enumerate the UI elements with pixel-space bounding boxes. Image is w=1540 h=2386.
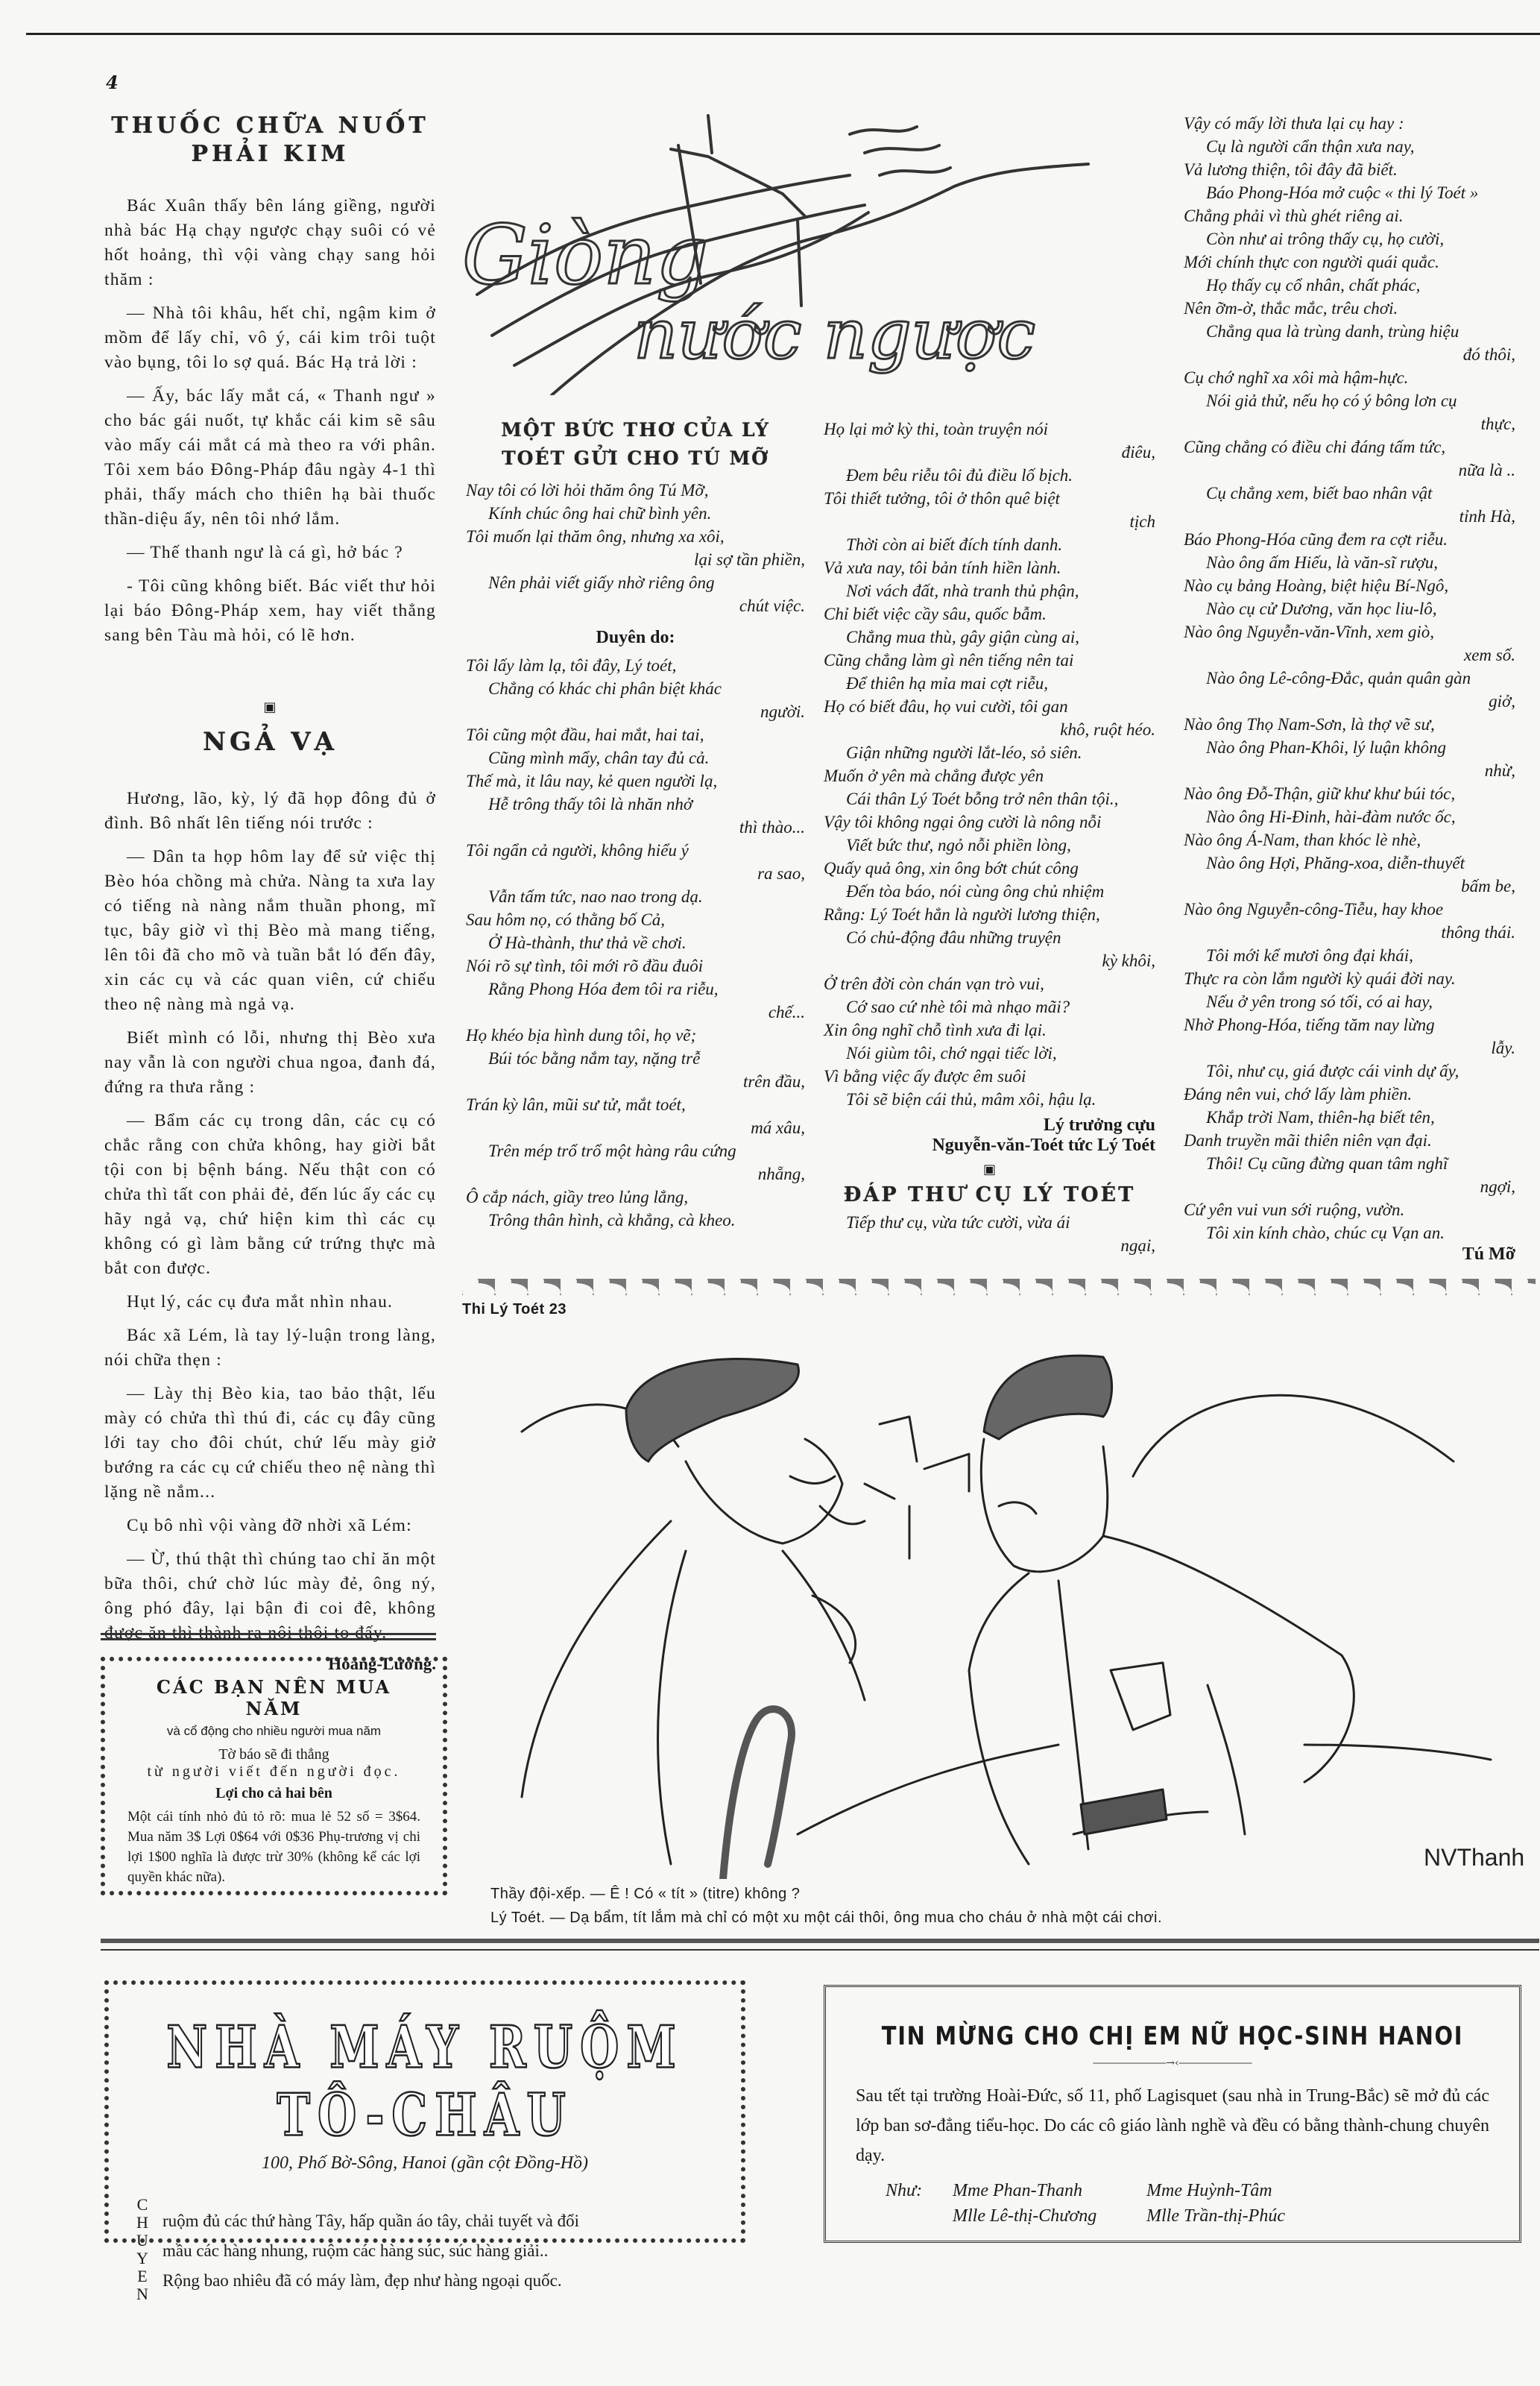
verse-line: Nào ông Nguyễn-công-Tiễu, hay khoe <box>1184 898 1515 921</box>
reply-title: ĐÁP THƯ CỤ LÝ TOÉT <box>824 1183 1155 1206</box>
verse-line: Nhờ Phong-Hóa, tiếng tăm nay lừng <box>1184 1013 1515 1036</box>
verse-line: Xin ông nghĩ chỗ tình xưa đi lại. <box>824 1019 1155 1042</box>
verse-line: điêu, <box>824 441 1155 464</box>
ad-line: Rộng bao nhiêu đã có máy làm, đẹp như hà… <box>162 2266 579 2296</box>
article-title: THUỐC CHỮA NUỐT PHẢI KIM <box>104 112 436 169</box>
page-number: 4 <box>106 72 119 93</box>
verse-line: ngợi, <box>1184 1175 1515 1198</box>
title-line-2: PHẢI KIM <box>104 140 436 169</box>
verse-line: Quấy quả ông, xin ông bớt chút công <box>824 857 1155 880</box>
verse-line: Trán kỳ lân, mũi sư tử, mắt toét, <box>466 1093 805 1116</box>
verse-line: Trông thân hình, cà khẳng, cà kheo. <box>466 1209 805 1232</box>
ad-body: CHUYEN ruộm đủ các thứ hàng Tây, hấp quầ… <box>131 2196 696 2303</box>
verse-line: lại sợ tần phiền, <box>466 548 805 571</box>
verse-line: Có chủ-động đâu những truyện <box>824 926 1155 949</box>
verse-line: nhừ, <box>1184 759 1515 782</box>
verse-line: thông thái. <box>1184 921 1515 944</box>
title-line-1: MỘT BỨC THƠ CỦA LÝ <box>466 416 805 444</box>
verse-line: Nói giùm tôi, chớ ngại tiếc lời, <box>824 1042 1155 1065</box>
letter-intro-verses: Nay tôi có lời hỏi thăm ông Tú Mỡ,Kính c… <box>466 479 805 617</box>
artist-signature: NVThanh <box>1424 1844 1524 1871</box>
wavy-divider <box>462 1279 1536 1295</box>
verse-line: Đáng nên vui, chớ lấy làm phiền. <box>1184 1083 1515 1106</box>
verse-line: Tôi, như cụ, giá được cái vinh dự ấy, <box>1184 1060 1515 1083</box>
verse-line: Nay tôi có lời hỏi thăm ông Tú Mỡ, <box>466 479 805 502</box>
verse-line: Để thiên hạ mỉa mai cợt riễu, <box>824 672 1155 695</box>
verse-line: Cái thân Lý Toét bỗng trở nên thân tội., <box>824 787 1155 810</box>
banner-word-1: Giòng <box>462 207 709 303</box>
section-ornament: ▣ <box>824 1162 1155 1177</box>
verse-line: Họ thấy cụ cổ nhân, chất phác, <box>1184 274 1515 297</box>
letter-verses-col1: Tôi lấy làm lạ, tôi đây, Lý toét,Chẳng c… <box>466 654 805 1232</box>
article-body: Bác Xuân thấy bên láng giềng, người nhà … <box>104 194 436 648</box>
teachers-label: Như: <box>886 2178 953 2203</box>
paragraph: — Ấy, bác lấy mắt cá, « Thanh ngư » cho … <box>104 384 436 532</box>
verse-line: Vả xưa nay, tôi bản tính hiền lành. <box>824 556 1155 579</box>
vertical-label: CHUYEN <box>131 2196 154 2303</box>
vertical-letter: U <box>131 2232 154 2250</box>
verse-line: Nói giả thử, nếu họ có ý bông lơn cụ <box>1184 389 1515 412</box>
verse-line: Cũng chẳng có điều chi đáng tấm tức, <box>1184 435 1515 459</box>
verse-line: Báo Phong-Hóa mở cuộc « thi lý Toét » <box>1184 181 1515 204</box>
verse-line: Mới chính thực con người quái quắc. <box>1184 251 1515 274</box>
banner-illustration: Giòng nước ngược <box>462 112 1178 395</box>
verse-line: Nào ông Phan-Khôi, lý luận không <box>1184 736 1515 759</box>
teacher-name: Mme Phan-Thanh <box>953 2178 1146 2203</box>
paragraph: — Lày thị Bèo kia, tao bảo thật, lếu mày… <box>104 1382 436 1505</box>
verse-line: Cụ chẳng xem, biết bao nhân vật <box>1184 482 1515 505</box>
verse-line: Vậy có mấy lời thưa lại cụ hay : <box>1184 112 1515 135</box>
verse-line: thì thào... <box>466 816 805 839</box>
verse-line: Họ có biết đâu, họ vui cười, tôi gan <box>824 695 1155 718</box>
paragraph: Hương, lão, kỳ, lý đã họp đông đủ ở đình… <box>104 787 436 836</box>
ship-waves-illustration: Giòng nước ngược <box>462 112 1178 395</box>
ad-body: Một cái tính nhỏ đủ tỏ rõ: mua lẻ 52 số … <box>127 1807 420 1887</box>
paragraph: Bác xã Lém, là tay lý-luận trong làng, n… <box>104 1323 436 1373</box>
verse-line: Búi tóc bằng nắm tay, nặng trễ <box>466 1047 805 1070</box>
ad-hoc-sinh: TIN MỪNG CHO CHỊ EM NỮ HỌC-SINH HANOI ――… <box>824 1985 1521 2243</box>
signature-line-1: Lý trưởng cựu <box>824 1115 1155 1136</box>
reply-verses-start: Tiếp thư cụ, vừa tức cười, vừa áingại, <box>824 1211 1155 1257</box>
divider <box>101 1949 1539 1951</box>
verse-line: Vì bằng việc ấy được êm suôi <box>824 1065 1155 1088</box>
verse-line: Giận những người lắt-léo, sỏ siên. <box>824 741 1155 764</box>
letter-title: MỘT BỨC THƠ CỦA LÝ TOÉT GỬI CHO TÚ MỠ <box>466 416 805 473</box>
section-ornament: ▣ <box>262 699 277 715</box>
author-signature: Tú Mỡ <box>1184 1244 1515 1265</box>
ad-subscription: CÁC BẠN NÊN MUA NĂM và cổ động cho nhiều… <box>101 1657 447 1895</box>
teacher-name: Mlle Lê-thị-Chương <box>953 2203 1146 2229</box>
title-line-2: TOÉT GỬI CHO TÚ MỠ <box>466 444 805 473</box>
verse-line: Tôi lấy làm lạ, tôi đây, Lý toét, <box>466 654 805 677</box>
letter-verses-col2: Họ lại mở kỳ thi, toàn truyện nóiđiêu,Đe… <box>824 418 1155 1111</box>
paragraph: — Bẩm các cụ trong dân, các cụ có chắc r… <box>104 1109 436 1281</box>
verse-line: Muốn ở yên mà chẳng được yên <box>824 764 1155 787</box>
top-rule <box>26 33 1540 35</box>
ad-lines: ruộm đủ các thứ hàng Tây, hấp quần áo tâ… <box>162 2196 579 2303</box>
verse-line: khô, ruột héo. <box>824 718 1155 741</box>
verse-line: Họ lại mở kỳ thi, toàn truyện nói <box>824 418 1155 441</box>
verse-line: xem số. <box>1184 643 1515 667</box>
verse-line: Đem bêu riễu tôi đủ điều lố bịch. <box>824 464 1155 487</box>
paragraph: Hụt lý, các cụ đưa mắt nhìn nhau. <box>104 1290 436 1315</box>
verse-line: lẫy. <box>1184 1036 1515 1060</box>
divider <box>101 1633 436 1635</box>
verse-line: Kính chúc ông hai chữ bình yên. <box>466 502 805 525</box>
vertical-letter: E <box>131 2267 154 2285</box>
verse-line: Nên ỡm-ờ, thắc mắc, trêu chơi. <box>1184 297 1515 320</box>
verse-line: Chẳng có khác chi phân biệt khác <box>466 677 805 700</box>
paragraph: Bác Xuân thấy bên láng giềng, người nhà … <box>104 194 436 292</box>
verse-line: Chẳng mua thù, gây giận cùng ai, <box>824 626 1155 649</box>
verse-line: tịch <box>824 510 1155 533</box>
vertical-letter: H <box>131 2214 154 2232</box>
verse-line: Rằng Phong Hóa đem tôi ra riễu, <box>466 978 805 1001</box>
verse-line: Hễ trông thấy tôi là nhăn nhở <box>466 793 805 816</box>
verse-line: Nào ông Lê-công-Đắc, quản quân gàn <box>1184 667 1515 690</box>
verse-line: Tôi muốn lại thăm ông, nhưng xa xôi, <box>466 525 805 548</box>
verse-line: Cứ yên vui vun sới ruộng, vườn. <box>1184 1198 1515 1221</box>
vertical-letter: N <box>131 2285 154 2303</box>
verse-line: Rằng: Lý Toét hẳn là người lương thiện, <box>824 903 1155 926</box>
verse-line: Họ khéo bịa hình dung tôi, họ vẽ; <box>466 1024 805 1047</box>
verse-line: chế... <box>466 1001 805 1024</box>
paragraph: Biết mình có lỗi, nhưng thị Bèo xưa nay … <box>104 1026 436 1100</box>
verse-line: thực, <box>1184 412 1515 435</box>
article-body: Hương, lão, kỳ, lý đã họp đông đủ ở đình… <box>104 787 436 1646</box>
signature-line-2: Nguyễn-văn-Toét tức Lý Toét <box>824 1136 1155 1156</box>
verse-line: ra sao, <box>466 862 805 885</box>
ad-to-chau: NHÀ MÁY RUỘM TÔ-CHÂU 100, Phố Bờ-Sông, H… <box>104 1980 745 2243</box>
verse-line: Vả lương thiện, tôi đây đã biết. <box>1184 158 1515 181</box>
ad-title: CÁC BẠN NÊN MUA NĂM <box>127 1676 420 1719</box>
verse-line: Nào ông Nguyễn-văn-Vĩnh, xem giò, <box>1184 620 1515 643</box>
ad-title: NHÀ MÁY RUỘM TÔ-CHÂU <box>109 2014 741 2150</box>
article-nga-va: NGẢ VẠ Hương, lão, kỳ, lý đã họp đông đủ… <box>104 727 436 1674</box>
divider-ornament: ―――――――→‹――――――― <box>826 2057 1519 2069</box>
cartoon-caption: Thầy đội-xếp. — Ê ! Có « tít » (titre) k… <box>490 1882 1534 1930</box>
teacher-name: Mme Huỳnh-Tâm <box>1146 2178 1340 2203</box>
paragraph: — Ừ, thú thật thì chúng tao chỉ ăn một b… <box>104 1547 436 1646</box>
article-title: NGẢ VẠ <box>104 727 436 757</box>
verse-line: Nào cụ cử Dương, văn học liu-lô, <box>1184 597 1515 620</box>
verse-line: Đến tòa báo, nói cùng ông chủ nhiệm <box>824 880 1155 903</box>
verse-line: giở, <box>1184 690 1515 713</box>
verse-line: Vậy tôi không ngại ông cười là nông nỗi <box>824 810 1155 834</box>
verse-line: Chỉ biết việc cầy sâu, quốc bẫm. <box>824 602 1155 626</box>
ad-address: 100, Phố Bờ-Sông, Hanoi (gần cột Đồng-Hồ… <box>109 2153 741 2173</box>
verse-line: Tiếp thư cụ, vừa tức cười, vừa ái <box>824 1211 1155 1234</box>
verse-line: Sau hôm nọ, có thằng bố Cả, <box>466 908 805 931</box>
verse-line: Viết bức thư, ngỏ nỗi phiền lòng, <box>824 834 1155 857</box>
verse-line: Tôi thiết tưởng, tôi ở thôn quê biệt <box>824 487 1155 510</box>
vertical-letter: Y <box>131 2250 154 2267</box>
verse-line: Nói rõ sự tình, tôi mới rõ đầu đuôi <box>466 954 805 978</box>
verse-line: kỳ khôi, <box>824 949 1155 972</box>
cartoon-illustration: NVThanh <box>462 1312 1536 1879</box>
title-line-1: THUỐC CHỮA NUỐT <box>104 112 436 140</box>
verse-line: Cũng mình mẩy, chân tay đủ cả. <box>466 746 805 769</box>
banner-word-2: nước ngược <box>634 295 1035 374</box>
verse-line: Ở Hà-thành, thư thả về chơi. <box>466 931 805 954</box>
verse-line: Nếu ở yên trong só tối, có ai hay, <box>1184 990 1515 1013</box>
heavy-divider <box>101 1939 1539 1943</box>
verse-line: Nào ông ấm Hiếu, là văn-sĩ rượu, <box>1184 551 1515 574</box>
verse-line: Cụ là người cẩn thận xưa nay, <box>1184 135 1515 158</box>
verse-line: nhẵng, <box>466 1162 805 1186</box>
ad-line: từ người viết đến người đọc. <box>127 1763 420 1781</box>
ad-line: mầu các hàng nhung, ruộm các hàng súc, s… <box>162 2236 579 2266</box>
ad-subtitle: và cổ động cho nhiều người mua năm <box>127 1724 420 1739</box>
verse-line: Cớ sao cứ nhè tôi mà nhạo mãi? <box>824 995 1155 1019</box>
verse-line: Nơi vách đất, nhà tranh thủ phận, <box>824 579 1155 602</box>
verse-line: Nào ông Hợi, Phăng-xoa, diễn-thuyết <box>1184 852 1515 875</box>
verse-line: Nên phải viết giấy nhờ riêng ông <box>466 571 805 594</box>
verse-line: Khắp trời Nam, thiên-hạ biết tên, <box>1184 1106 1515 1129</box>
verse-line: Báo Phong-Hóa cũng đem ra cợt riễu. <box>1184 528 1515 551</box>
ad-title: TIN MỪNG CHO CHỊ EM NỮ HỌC-SINH HANOI <box>878 2021 1468 2051</box>
letter-ly-toet: MỘT BỨC THƠ CỦA LÝ TOÉT GỬI CHO TÚ MỠ Na… <box>466 416 805 1232</box>
verse-line: Thời còn ai biết đích tính danh. <box>824 533 1155 556</box>
verse-line: Tôi ngẩn cả người, không hiểu ý <box>466 839 805 862</box>
verse-line: Còn như ai trông thấy cụ, họ cười, <box>1184 227 1515 251</box>
verse-line: đó thôi, <box>1184 343 1515 366</box>
reply-verses: Vậy có mấy lời thưa lại cụ hay :Cụ là ng… <box>1184 112 1515 1244</box>
verse-line: người. <box>466 700 805 723</box>
caption-line-1: Thầy đội-xếp. — Ê ! Có « tít » (titre) k… <box>490 1882 1534 1906</box>
verse-line: Nào ông Á-Nam, than khóc lè nhè, <box>1184 828 1515 852</box>
verse-line: Trên mép trổ trổ một hàng râu cứng <box>466 1139 805 1162</box>
verse-line: chút việc. <box>466 594 805 617</box>
reply-ly-toet-continued: Vậy có mấy lời thưa lại cụ hay :Cụ là ng… <box>1184 112 1515 1265</box>
vertical-letter: C <box>131 2196 154 2214</box>
letter-ly-toet-continued: Họ lại mở kỳ thi, toàn truyện nóiđiêu,Đe… <box>824 418 1155 1257</box>
verse-line: Cũng chẳng làm gì nên tiếng nên tai <box>824 649 1155 672</box>
verse-line: má xâu, <box>466 1116 805 1139</box>
verse-line: Thực ra còn lắm người kỳ quái đời nay. <box>1184 967 1515 990</box>
two-men-cartoon: NVThanh <box>462 1312 1536 1879</box>
divider <box>101 1638 436 1640</box>
ad-line: Tờ báo sẽ đi thẳng <box>127 1746 420 1763</box>
verse-line: Nào ông Hi-Đinh, hài-đàm nước ốc, <box>1184 805 1515 828</box>
verse-line: Tôi xin kính chào, chúc cụ Vạn an. <box>1184 1221 1515 1244</box>
verse-line: Nào ông Thọ Nam-Sơn, là thợ vẽ sư, <box>1184 713 1515 736</box>
verse-line: ngại, <box>824 1234 1155 1257</box>
verse-line: Vẫn tấm tức, nao nao trong dạ. <box>466 885 805 908</box>
verse-line: Tôi mới kể mươi ông đại khái, <box>1184 944 1515 967</box>
verse-line: tỉnh Hà, <box>1184 505 1515 528</box>
paragraph: — Dân ta họp hôm lay để sử việc thị Bèo … <box>104 845 436 1017</box>
verse-line: Chẳng phải vì thù ghét riêng ai. <box>1184 204 1515 227</box>
caption-line-2: Lý Toét. — Dạ bẩm, tít lắm mà chỉ có một… <box>490 1906 1534 1930</box>
verse-line: Tôi sẽ biện cái thủ, mâm xôi, hậu lạ. <box>824 1088 1155 1111</box>
verse-line: Ô cắp nách, giầy treo lủng lẳng, <box>466 1186 805 1209</box>
verse-line: bấm be, <box>1184 875 1515 898</box>
verse-line: Thôi! Cụ cũng đừng quan tâm nghĩ <box>1184 1152 1515 1175</box>
ad-line: Lợi cho cả hai bên <box>127 1785 420 1802</box>
article-thuoc-chua-nuot-phai-kim: THUỐC CHỮA NUỐT PHẢI KIM Bác Xuân thấy b… <box>104 112 436 657</box>
teacher-name: Mlle Trần-thị-Phúc <box>1146 2203 1340 2229</box>
ad-body: Sau tết tại trường Hoài-Đức, số 11, phố … <box>856 2081 1489 2171</box>
paragraph: - Tôi cũng không biết. Bác viết thư hỏi … <box>104 574 436 648</box>
verse-line: Nào cụ bảng Hoàng, biệt hiệu Bí-Ngô, <box>1184 574 1515 597</box>
teacher-list: Như: Mme Phan-Thanh Mme Huỳnh-Tâm Mlle L… <box>886 2178 1519 2229</box>
subheading: Duyên do: <box>466 628 805 648</box>
paragraph: — Thế thanh ngư là cá gì, hở bác ? <box>104 541 436 565</box>
verse-line: Ở trên đời còn chán vạn trò vui, <box>824 972 1155 995</box>
verse-line: Thế mà, it lâu nay, kẻ quen người lạ, <box>466 769 805 793</box>
verse-line: Nào ông Đỗ-Thận, giữ khư khư búi tóc, <box>1184 782 1515 805</box>
ad-line: ruộm đủ các thứ hàng Tây, hấp quần áo tâ… <box>162 2206 579 2236</box>
verse-line: Chẳng qua là trùng danh, trùng hiệu <box>1184 320 1515 343</box>
paragraph: — Nhà tôi khâu, hết chỉ, ngậm kim ở mồm … <box>104 301 436 375</box>
verse-line: Cụ chớ nghĩ xa xôi mà hậm-hực. <box>1184 366 1515 389</box>
verse-line: trên đầu, <box>466 1070 805 1093</box>
paragraph: Cụ bô nhì vội vàng đỡ nhời xã Lém: <box>104 1514 436 1538</box>
verse-line: nữa là .. <box>1184 459 1515 482</box>
verse-line: Danh truyền mãi thiên niên vạn đại. <box>1184 1129 1515 1152</box>
verse-line: Tôi cũng một đầu, hai mắt, hai tai, <box>466 723 805 746</box>
